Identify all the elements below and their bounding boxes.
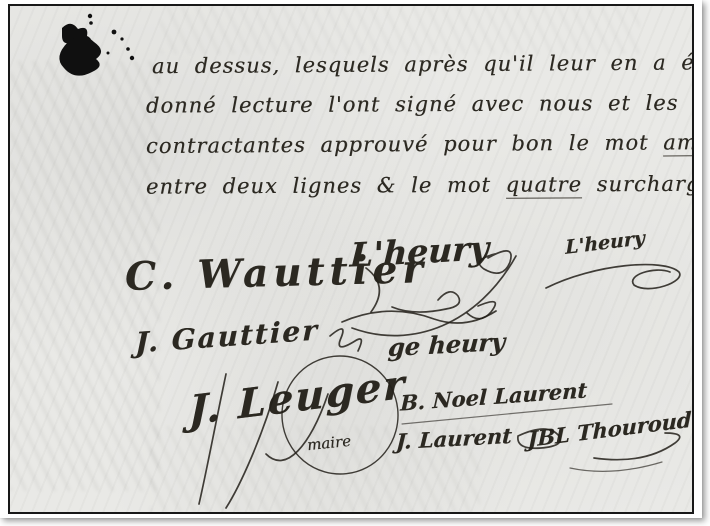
line3-underlined-word: amitié — [663, 130, 694, 157]
line1-text: au dessus, lesquels après qu'il leur en … — [152, 50, 694, 78]
line4-text-pre: entre deux lignes & le mot — [146, 173, 506, 199]
line4-text-post: surchargé nul. — [582, 171, 694, 196]
document-scan: au dessus, lesquels après qu'il leur en … — [8, 4, 694, 514]
signature-wauttier: C. Wauttier — [124, 246, 428, 300]
paragraph-line-3: contractantes approuvé pour bon le mot a… — [146, 130, 694, 158]
line2-text: donné lecture l'ont signé avec nous et l… — [146, 90, 694, 117]
photo-card: au dessus, lesquels après qu'il leur en … — [0, 0, 702, 518]
paragraph-line-4: entre deux lignes & le mot quatre surcha… — [146, 171, 694, 198]
line3-text: contractantes approuvé pour bon le mot — [146, 130, 663, 158]
paragraph-line-2: donné lecture l'ont signé avec nous et l… — [146, 90, 694, 117]
line4-underlined-word: quatre — [506, 172, 583, 198]
paragraph-line-1: au dessus, lesquels après qu'il leur en … — [152, 50, 694, 78]
